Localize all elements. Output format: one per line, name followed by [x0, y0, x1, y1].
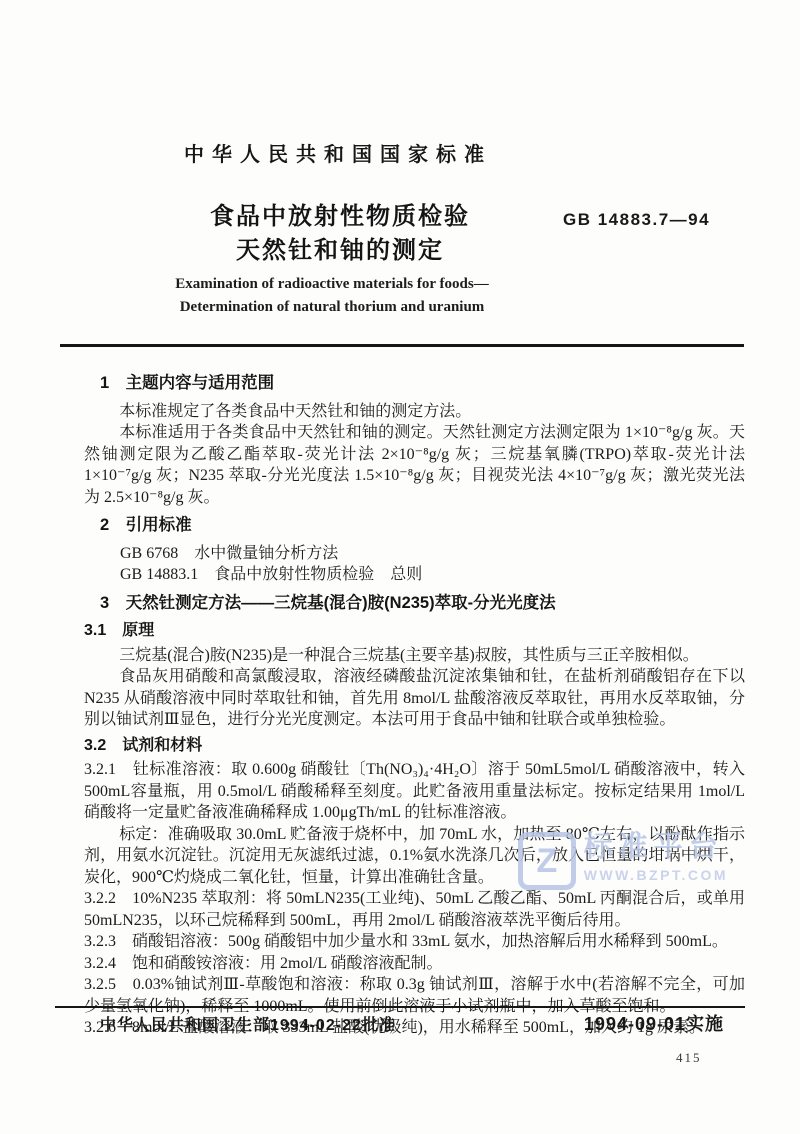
footer-rule [55, 1006, 745, 1008]
english-title-line1: Examination of radioactive materials for… [0, 276, 664, 293]
document-body: 1 主题内容与适用范围 本标准规定了各类食品中天然钍和铀的测定方法。 本标准适用… [84, 366, 745, 1039]
standard-number: GB 14883.7—94 [563, 210, 710, 230]
paragraph: 食品灰用硝酸和高氯酸浸取，溶液经磷酸盐沉淀浓集铀和钍，在盐析剂硝酸铝存在下以 N… [84, 666, 745, 731]
clause-3-2-2: 3.2.2 10%N235 萃取剂：将 50mLN235(工业纯)、50mL 乙… [84, 888, 745, 931]
clause-3-2-3: 3.2.3 硝酸铝溶液：500g 硝酸铝中加少量水和 33mL 氨水，加热溶解后… [84, 931, 745, 953]
document-title-line2: 天然钍和铀的测定 [0, 230, 680, 265]
paragraph: 标定：准确吸取 30.0mL 贮备液于烧杯中，加 70mL 水，加热至 80℃左… [84, 824, 745, 889]
english-title-line2: Determination of natural thorium and ura… [0, 299, 664, 316]
clause-3-2-1: 3.2.1 钍标准溶液：取 0.600g 硝酸钍〔Th(NO₃)₄·4H₂O〕溶… [84, 759, 745, 824]
scanned-standard-page: 中华人民共和国国家标准 食品中放射性物质检验 天然钍和铀的测定 GB 14883… [0, 0, 800, 1134]
paragraph: 三烷基(混合)胺(N235)是一种混合三烷基(主要辛基)叔胺，其性质与三正辛胺相… [84, 645, 745, 667]
section-3-1-heading: 3.1 原理 [84, 620, 745, 642]
section-1-heading: 1 主题内容与适用范围 [100, 373, 745, 395]
standard-org-title: 中华人民共和国国家标准 [0, 138, 676, 167]
section-3-heading: 3 天然钍测定方法——三烷基(混合)胺(N235)萃取-分光光度法 [100, 593, 745, 615]
reference-item: GB 6768 水中微量铀分析方法 [84, 543, 745, 565]
paragraph: 本标准规定了各类食品中天然钍和铀的测定方法。 [84, 401, 745, 423]
approval-date-text: 中华人民共和国卫生部1994-02-22批准 [100, 1012, 396, 1035]
implementation-date-text: 1994-09-01实施 [584, 1010, 724, 1036]
section-2-heading: 2 引用标准 [100, 515, 745, 537]
clause-3-2-4: 3.2.4 饱和硝酸铵溶液：用 2mol/L 硝酸溶液配制。 [84, 953, 745, 975]
reference-item: GB 14883.1 食品中放射性物质检验 总则 [84, 564, 745, 586]
paragraph: 本标准适用于各类食品中天然钍和铀的测定。天然钍测定方法测定限为 1×10⁻⁸g/… [84, 422, 745, 508]
page-number: 415 [676, 1050, 702, 1066]
section-3-2-heading: 3.2 试剂和材料 [84, 735, 745, 757]
header-rule [60, 344, 744, 347]
